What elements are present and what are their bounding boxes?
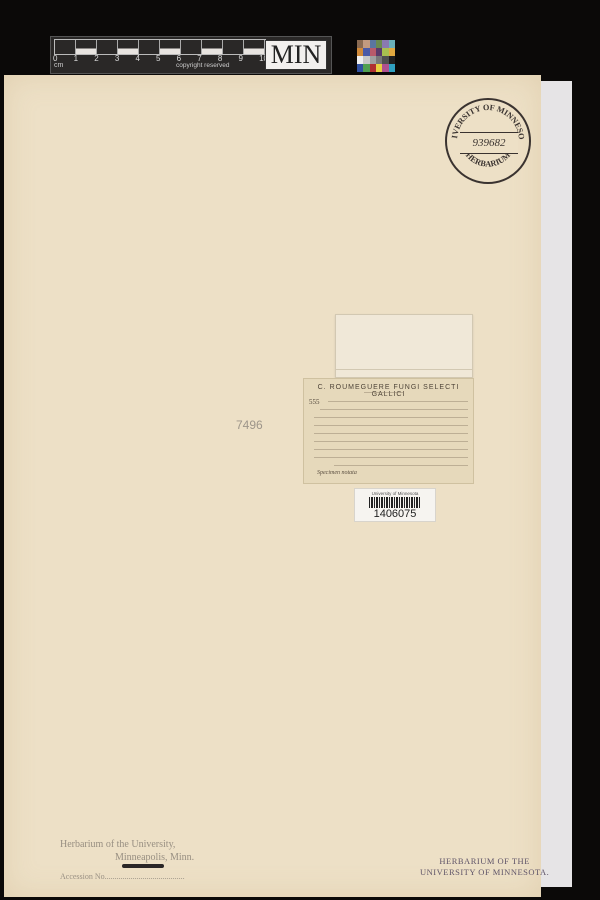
ruler-scale-bar [54,39,266,55]
ruler-tick-label: 3 [115,54,119,63]
color-swatch [389,64,395,72]
color-swatch [389,40,395,48]
ruler-numbers: 0 1 2 3 4 5 6 7 8 9 10 [53,54,268,63]
label-number: 555 [309,398,320,406]
ruler-tick-label: 2 [94,54,98,63]
barcode-institution: University of Minnesota [355,491,435,496]
label-header: C. ROUMEGUERE FUNGI SELECTI GALLICI [304,384,473,398]
barcode-bars [369,497,421,508]
min-logo: MIN [265,40,327,70]
ruler-tick-label: 5 [156,54,160,63]
barcode-number: 1406075 [355,508,435,520]
footer-right-line-1: HERBARIUM OF THE [420,856,549,867]
color-calibration-chart [357,40,395,72]
ruler-copyright: copyright reserved [176,62,229,69]
barcode-label: University of Minnesota 1406075 [354,488,436,522]
specimen-label: C. ROUMEGUERE FUNGI SELECTI GALLICI 555 … [303,378,474,484]
ruler-tick-label: 1 [74,54,78,63]
herbarium-footer-left: Herbarium of the University, Minneapolis… [60,838,194,864]
herbarium-sheet [4,75,541,897]
label-signature: Specimen notata [317,470,357,476]
color-swatch [389,48,395,56]
stamp-accession-number: 939682 [460,132,518,154]
footer-right-line-2: UNIVERSITY OF MINNESOTA. [420,867,549,878]
herbarium-footer-right: HERBARIUM OF THE UNIVERSITY OF MINNESOTA… [420,856,549,878]
university-herbarium-stamp: UNIVERSITY OF MINNESOTA HERBARIUM 939682 [445,98,531,184]
struck-out-ink [122,864,164,868]
specimen-packet [335,314,473,378]
scale-ruler: 0 1 2 3 4 5 6 7 8 9 10 cm copyright rese… [50,36,332,74]
ruler-tick-label: 9 [238,54,242,63]
ruler-tick-label: 4 [135,54,139,63]
accession-line: Accession No............................… [60,872,185,881]
pencil-number: 7496 [236,418,263,432]
footer-line-1: Herbarium of the University, [60,838,194,851]
ruler-unit: cm [54,62,63,69]
packet-fold [336,369,472,370]
color-swatch [389,56,395,64]
footer-line-2: Minneapolis, Minn. [60,851,194,864]
